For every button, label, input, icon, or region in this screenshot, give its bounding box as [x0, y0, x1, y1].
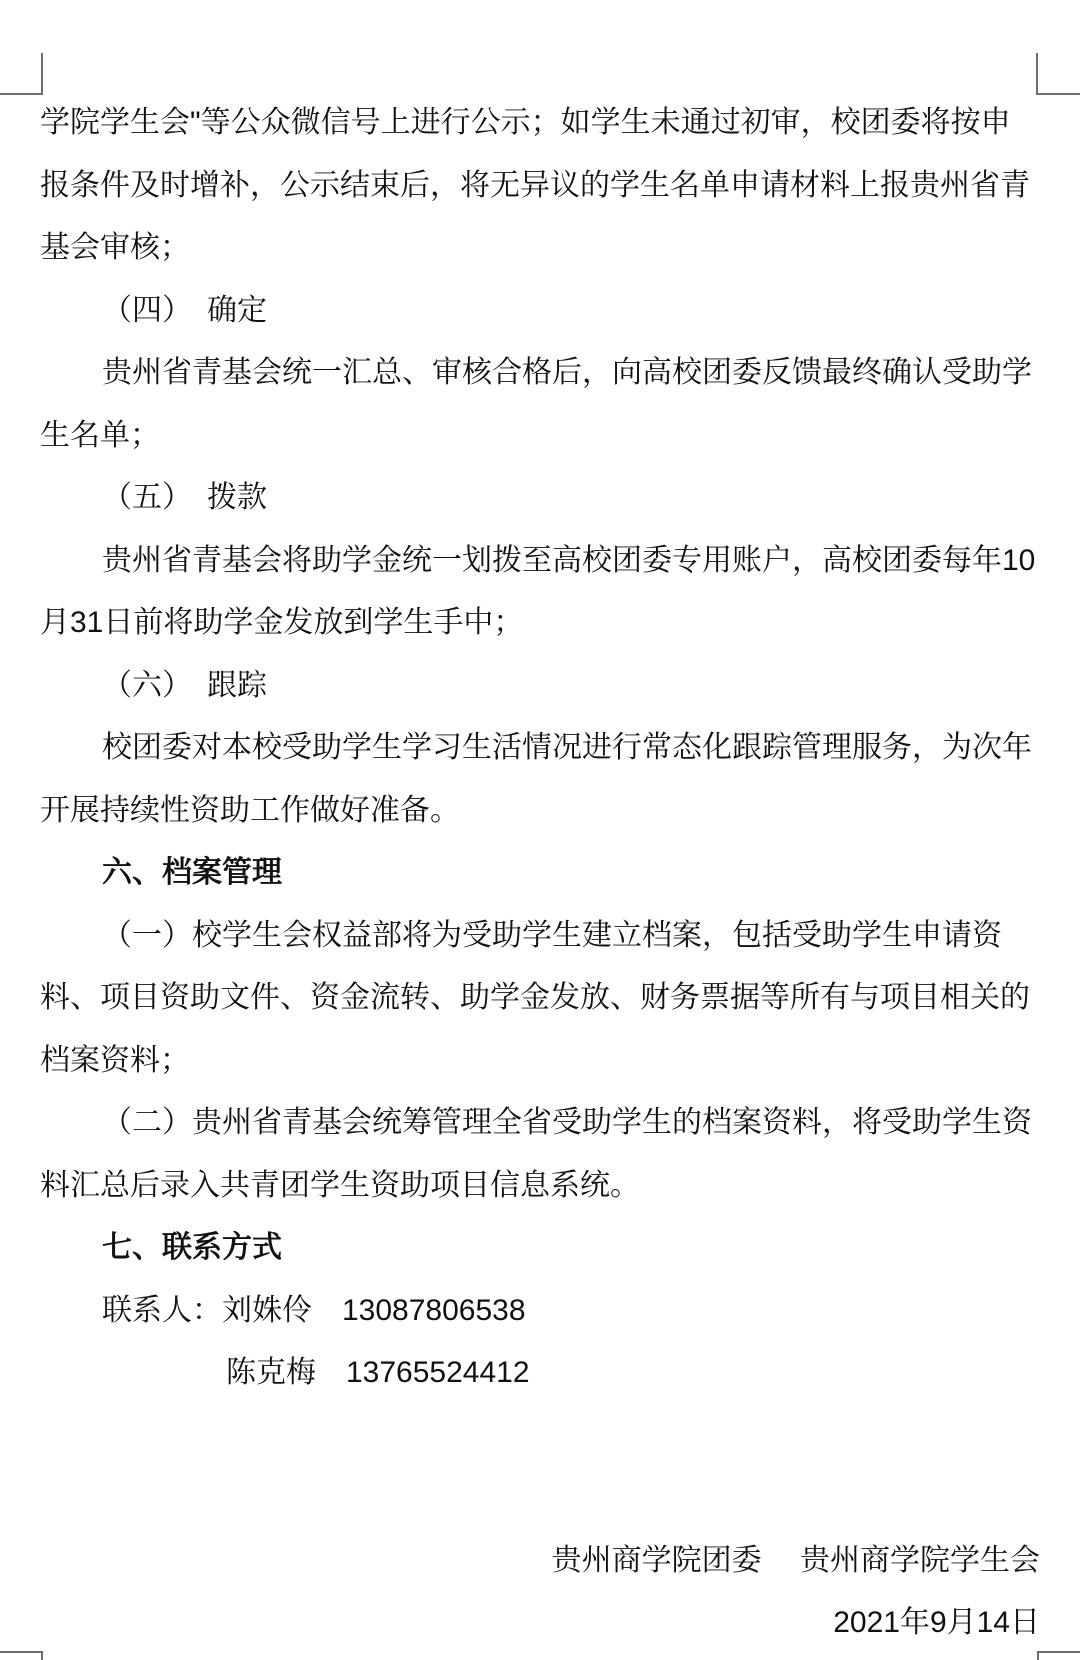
- text-line: 料、项目资助文件、资金流转、助学金发放、财务票据等所有与项目相关的: [40, 967, 1040, 1030]
- text-line: 月31日前将助学金发放到学生手中；: [40, 592, 1040, 655]
- text-line: [40, 1467, 1040, 1530]
- text-line: 贵州商学院团委 贵州商学院学生会: [40, 1530, 1040, 1593]
- text-line: 贵州省青基会统一汇总、审核合格后，向高校团委反馈最终确认受助学: [40, 342, 1040, 405]
- text-line: 基会审核；: [40, 217, 1040, 280]
- document-page[interactable]: 学院学生会"等公众微信号上进行公示；如学生未通过初审，校团委将按申报条件及时增补…: [0, 0, 1080, 1660]
- text-line: 料汇总后录入共青团学生资助项目信息系统。: [40, 1155, 1040, 1218]
- text-line: 2021年9月14日: [40, 1592, 1040, 1655]
- text-line: [40, 1405, 1040, 1468]
- text-line: （一）校学生会权益部将为受助学生建立档案，包括受助学生申请资: [40, 905, 1040, 968]
- document-body: 学院学生会"等公众微信号上进行公示；如学生未通过初审，校团委将按申报条件及时增补…: [0, 0, 1080, 1655]
- text-line: 七、联系方式: [40, 1217, 1040, 1280]
- text-line: （二）贵州省青基会统筹管理全省受助学生的档案资料，将受助学生资: [40, 1092, 1040, 1155]
- text-line: 报条件及时增补，公示结束后，将无异议的学生名单申请材料上报贵州省青: [40, 155, 1040, 218]
- text-line: 学院学生会"等公众微信号上进行公示；如学生未通过初审，校团委将按申: [40, 92, 1040, 155]
- text-line: 六、档案管理: [40, 842, 1040, 905]
- text-line: 开展持续性资助工作做好准备。: [40, 780, 1040, 843]
- text-line: 生名单；: [40, 405, 1040, 468]
- text-line: 档案资料；: [40, 1030, 1040, 1093]
- text-line: 校团委对本校受助学生学习生活情况进行常态化跟踪管理服务，为次年: [40, 717, 1040, 780]
- text-line: 陈克梅 13765524412: [40, 1342, 1040, 1405]
- text-line: 贵州省青基会将助学金统一划拨至高校团委专用账户，高校团委每年10: [40, 530, 1040, 593]
- text-line: （四） 确定: [40, 280, 1040, 343]
- text-line: （五） 拨款: [40, 467, 1040, 530]
- text-line: （六） 跟踪: [40, 655, 1040, 718]
- text-line: 联系人：刘姝伶 13087806538: [40, 1280, 1040, 1343]
